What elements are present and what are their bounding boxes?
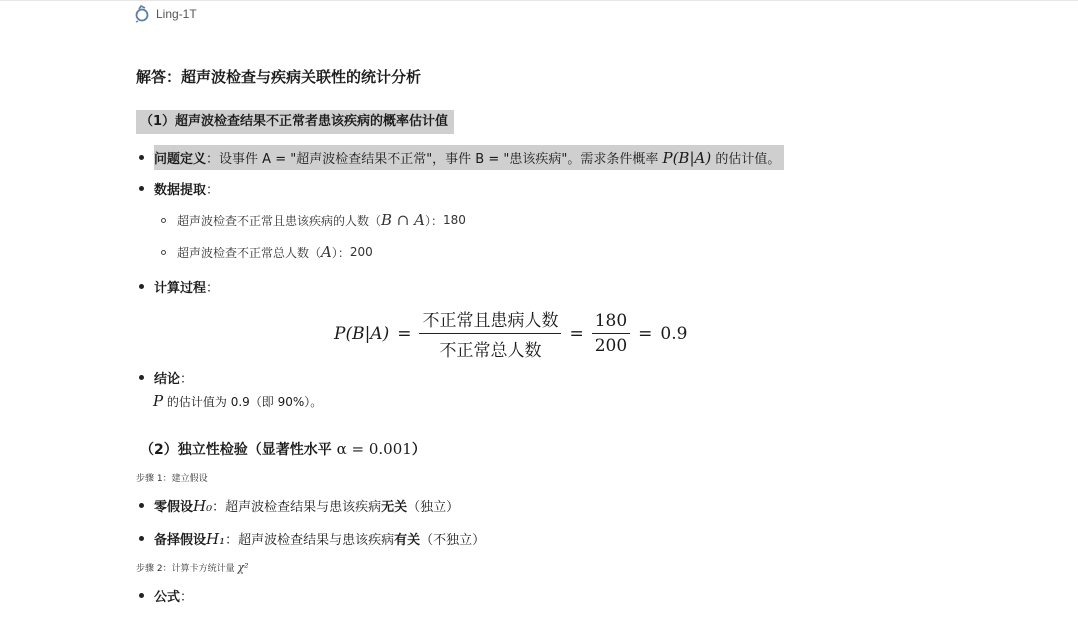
bullet-dot [139,284,144,289]
step2-label: 步骤 2：计算卡方统计量 χ² [136,561,249,574]
calculation-item: 计算过程： [136,277,219,296]
formula-item: 公式： [136,586,193,605]
app-title: Ling-1T [156,7,197,21]
top-border [0,0,1078,1]
bullet-dot [139,536,144,541]
text-fraction: 不正常且患病人数 不正常总人数 [419,306,561,361]
extraction-item: 数据提取： [136,179,219,198]
alternative-hypothesis-item: 备择假设 H₁：超声波检查结果与患该疾病有关（不独立） [136,529,485,548]
bullet-circle [161,250,166,255]
step1-label: 步骤 1：建立假设 [136,471,208,484]
bullet-dot [139,155,144,160]
bullet-dot [139,186,144,191]
answer-title: 解答：超声波检查与疾病关联性的统计分析 [136,66,421,87]
app-header: Ling-1T [134,4,197,24]
extraction-sub-item-2: 超声波检查不正常总人数（A）：200 [156,243,373,261]
bullet-dot [139,375,144,380]
definition-item: 问题定义：设事件 A = "超声波检查结果不正常"，事件 B = "患该疾病"。… [136,145,784,170]
probability-formula: P(B|A) = 不正常且患病人数 不正常总人数 = 180 200 = 0.9 [334,306,687,361]
bullet-circle [161,218,166,223]
part1-heading: （1）超声波检查结果不正常者患该疾病的概率估计值 [136,110,454,134]
definition-highlight: 问题定义：设事件 A = "超声波检查结果不正常"，事件 B = "患该疾病"。… [154,145,784,170]
extraction-sub-item-1: 超声波检查不正常且患该疾病的人数（B ∩ A）：180 [156,211,466,229]
number-fraction: 180 200 [592,311,630,356]
conclusion-text: P 的估计值为 0.9（即 90%）。 [153,392,322,410]
conclusion-item: 结论： [136,368,193,387]
part2-heading: （2）独立性检验（显著性水平 α = 0.001） [140,439,426,459]
null-hypothesis-item: 零假设 H₀：超声波检查结果与患该疾病无关（独立） [136,496,459,515]
ling-logo-icon [134,5,150,23]
bullet-dot [139,503,144,508]
bullet-dot [139,593,144,598]
